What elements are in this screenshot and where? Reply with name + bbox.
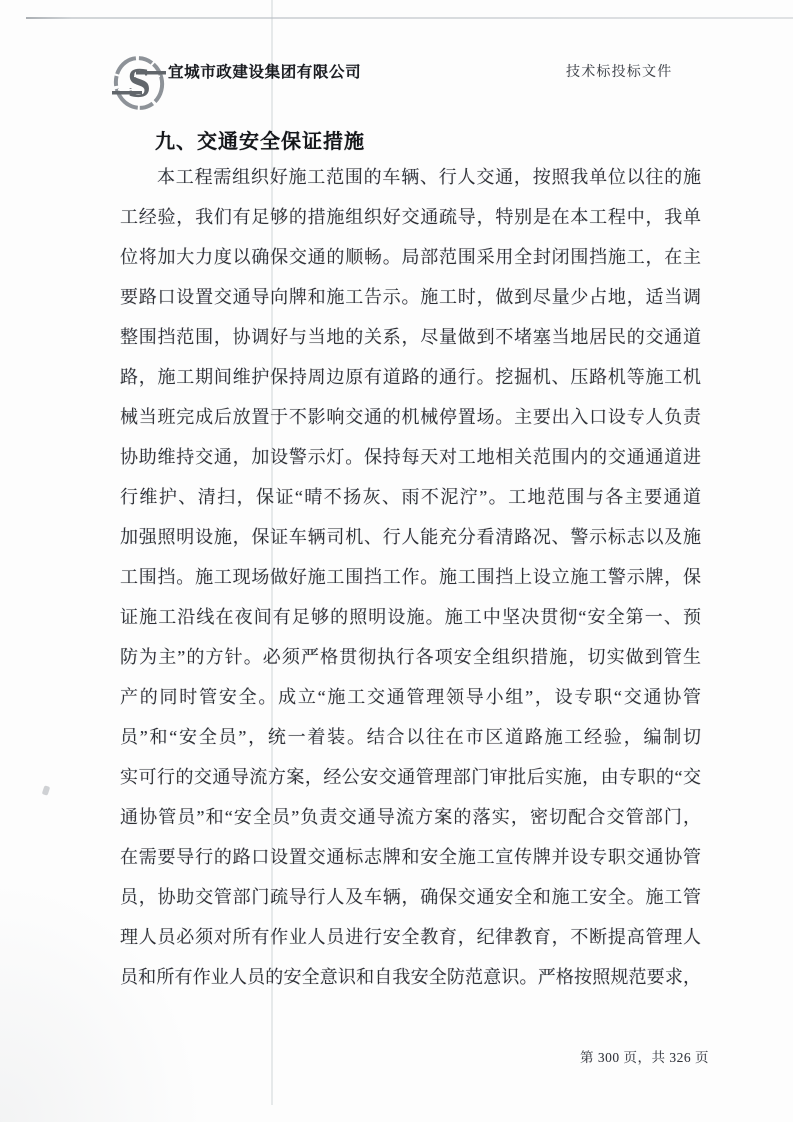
paragraph-line: 整围挡范围，协调好与当地的关系，尽量做到不堵塞当地居民的交通道 xyxy=(120,317,701,357)
paragraph-line: 证施工沿线在夜间有足够的照明设施。施工中坚决贯彻“安全第一、预 xyxy=(120,597,701,637)
company-name: 宜城市政建设集团有限公司 xyxy=(168,60,361,82)
paragraph: 本工程需组织好施工范围的车辆、行人交通，按照我单位以往的施 工经验，我们有足够的… xyxy=(120,157,701,997)
paragraph-line: 要路口设置交通导向牌和施工告示。施工时，做到尽量少占地，适当调 xyxy=(120,277,701,317)
document-page: S 宜城市政建设集团有限公司 技术标投标文件 九、交通安全保证措施 本工程需组织… xyxy=(0,0,793,1122)
paragraph-line: 员，协助交管部门疏导行人及车辆，确保交通安全和施工安全。施工管 xyxy=(120,877,701,917)
paragraph-line: 协助维持交通，加设警示灯。保持每天对工地相关范围内的交通通道进 xyxy=(120,437,701,477)
paragraph-line: 械当班完成后放置于不影响交通的机械停置场。主要出入口设专人负责 xyxy=(120,397,701,437)
paragraph-line: 实可行的交通导流方案，经公安交通管理部门审批后实施，由专职的“交 xyxy=(120,757,701,797)
scan-speck-artifact xyxy=(42,785,50,795)
paragraph-line: 通协管员”和“安全员”负责交通导流方案的落实，密切配合交管部门， xyxy=(120,797,701,837)
paragraph-line: 行维护、清扫，保证“晴不扬灰、雨不泥泞”。工地范围与各主要通道 xyxy=(120,477,701,517)
paragraph-line: 防为主”的方针。必须严格贯彻执行各项安全组织措施，切实做到管生 xyxy=(120,637,701,677)
page-number: 第 300 页，共 326 页 xyxy=(580,1046,709,1066)
paragraph-line: 加强照明设施，保证车辆司机、行人能充分看清路况、警示标志以及施 xyxy=(120,517,701,557)
paragraph-line: 员”和“安全员”，统一着装。结合以往在市区道路施工经验，编制切 xyxy=(120,717,701,757)
paragraph-line: 在需要导行的路口设置交通标志牌和安全施工宣传牌并设专职交通协管 xyxy=(120,837,701,877)
paragraph-line: 理人员必须对所有作业人员进行安全教育，纪律教育，不断提高管理人 xyxy=(120,917,701,957)
paragraph-line: 产的同时管安全。成立“施工交通管理领导小组”，设专职“交通协管 xyxy=(120,677,701,717)
paragraph-line: 员和所有作业人员的安全意识和自我安全防范意识。严格按照规范要求， xyxy=(120,957,701,997)
doc-type-label: 技术标投标文件 xyxy=(566,61,672,81)
section-heading: 九、交通安全保证措施 xyxy=(155,125,365,154)
paragraph-line: 路，施工期间维护保持周边原有道路的通行。挖掘机、压路机等施工机 xyxy=(120,357,701,397)
paragraph-line: 本工程需组织好施工范围的车辆、行人交通，按照我单位以往的施 xyxy=(120,157,701,197)
paragraph-line: 工经验，我们有足够的措施组织好交通疏导，特别是在本工程中，我单 xyxy=(120,197,701,237)
paragraph-line: 工围挡。施工现场做好施工围挡工作。施工围挡上设立施工警示牌，保 xyxy=(120,557,701,597)
company-logo-icon: S xyxy=(112,52,166,112)
paragraph-line: 位将加大力度以确保交通的顺畅。局部范围采用全封闭围挡施工，在主 xyxy=(120,237,701,277)
svg-text:S: S xyxy=(127,61,150,107)
page-header: S 宜城市政建设集团有限公司 技术标投标文件 xyxy=(0,0,793,120)
